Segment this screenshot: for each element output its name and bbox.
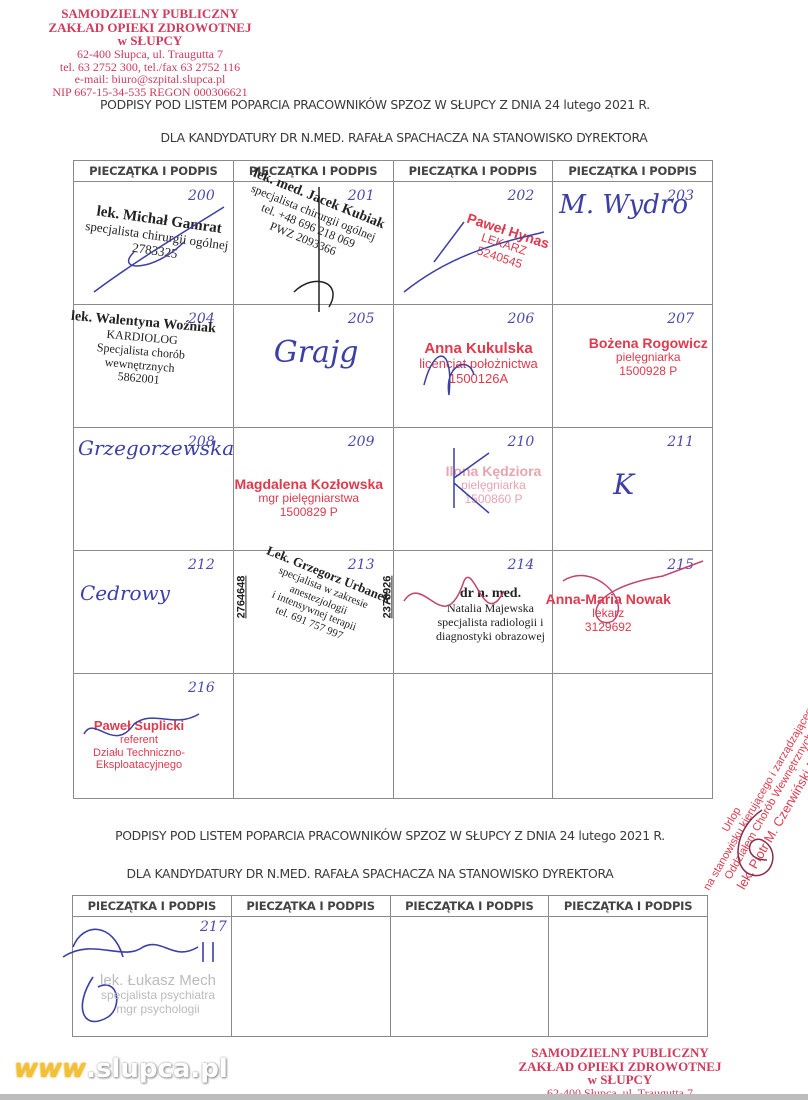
side-registration-number: 2378926	[381, 576, 393, 619]
entry-number: 215	[667, 557, 694, 573]
page1-subtitle: DLA KANDYDATURY DR N.MED. RAFAŁA SPACHAC…	[0, 130, 808, 145]
signature-cell: 204lek. Walentyna WoźniakKARDIOLOGSpecja…	[74, 305, 234, 428]
page1-title: PODPISY POD LISTEM POPARCIA PRACOWNIKÓW …	[100, 97, 770, 112]
signature-cell: 216Paweł SuplickireferentDziału Technicz…	[74, 674, 234, 799]
watermark-logo: www.slupca.pl	[14, 1054, 228, 1084]
person-stamp: Ilona Kędziorapielęgniarka1500860 P	[419, 463, 569, 507]
signature-cell: 203M. Wydro	[553, 182, 713, 305]
stamp-name: Anna Kukulska	[404, 340, 554, 357]
page2-subtitle: DLA KANDYDATURY DR N.MED. RAFAŁA SPACHAC…	[40, 866, 700, 881]
stamp-name: lek. Łukasz Mech	[83, 972, 233, 989]
person-stamp: Paweł SuplickireferentDziału Techniczno-…	[64, 719, 214, 772]
bottom-edge	[0, 1094, 808, 1100]
person-stamp: lek. Walentyna WoźniakKARDIOLOGSpecjalis…	[63, 309, 219, 393]
person-stamp: Anna Kukulskalicencjat położnictwa150012…	[404, 340, 554, 387]
signature-cell: 200lek. Michał Gamratspecjalista chirurg…	[74, 182, 234, 305]
entry-number: 202	[508, 188, 535, 204]
side-registration-number: 2764648	[235, 576, 247, 619]
column-header: PIECZĄTKA I PODPIS	[393, 161, 553, 182]
signature-cell: 211K	[553, 428, 713, 551]
entry-number: 200	[188, 188, 215, 204]
stamp-name: Bożena Rogowicz	[573, 335, 723, 351]
signature-cell	[390, 917, 549, 1037]
stamp-line: 1500829 P	[234, 506, 384, 520]
entry-number: 214	[508, 557, 535, 573]
signature-cell	[393, 674, 553, 799]
page2-title: PODPISY POD LISTEM POPARCIA PRACOWNIKÓW …	[60, 828, 720, 843]
person-stamp: lek. Łukasz Mech specjalista psychiatra …	[83, 972, 233, 1017]
column-header: PIECZĄTKA I PODPIS	[231, 896, 390, 917]
stamp-name: Magdalena Kozłowska	[234, 476, 384, 492]
handwritten-signature: Grzegorzewska	[78, 436, 234, 460]
institution-stamp-bottom: SAMODZIELNY PUBLICZNY ZAKŁAD OPIEKI ZDRO…	[500, 1046, 740, 1100]
signature-cell: 207Bożena Rogowiczpielęgniarka1500928 P	[553, 305, 713, 428]
handwritten-signature: M. Wydro	[559, 190, 688, 220]
entry-number: 212	[188, 557, 215, 573]
signature-cell	[549, 917, 708, 1037]
signature-cell: 214dr n. med.Natalia Majewskaspecjalista…	[393, 551, 553, 674]
person-stamp: lek. Michał Gamratspecjalista chirurgii …	[79, 202, 234, 270]
stamp-name: Anna-Maria Nowak	[533, 591, 683, 607]
stamp-name: Ilona Kędziora	[419, 463, 569, 479]
stamp-line: w SŁUPCY	[500, 1073, 740, 1087]
entry-number: 209	[348, 434, 375, 450]
column-header: PIECZĄTKA I PODPIS	[549, 896, 708, 917]
entry-number: 206	[508, 311, 535, 327]
signature-cell: 205Grajg	[233, 305, 393, 428]
signature-cell: 215Anna-Maria Nowaklekarz3129692	[553, 551, 713, 674]
signature-cell	[553, 674, 713, 799]
signature-cell: 209Magdalena Kozłowskamgr pielęgniarstwa…	[233, 428, 393, 551]
column-header: PIECZĄTKA I PODPIS	[73, 896, 232, 917]
stamp-line: mgr pielęgniarstwa	[234, 492, 384, 506]
signature-table-1: PIECZĄTKA I PODPIS PIECZĄTKA I PODPIS PI…	[73, 160, 713, 799]
person-stamp: Anna-Maria Nowaklekarz3129692	[533, 591, 683, 635]
entry-number: 201	[348, 188, 375, 204]
watermark-www: www	[14, 1054, 86, 1084]
stamp-line: specjalista psychiatra	[83, 989, 233, 1003]
entry-number: 211	[667, 434, 694, 450]
signature-cell: 217 lek. Łukasz Mech specjalista psychia…	[73, 917, 232, 1037]
stamp-line: 1500126A	[404, 372, 554, 387]
stamp-line: 62-400 Słupca, ul. Traugutta 7	[30, 48, 270, 61]
signature-cell: 213Lek. Grzegorz Urbanekspecjalista w za…	[233, 551, 393, 674]
stamp-line: e-mail: biuro@szpital.slupca.pl	[30, 73, 270, 86]
stamp-line: licencjat położnictwa	[404, 357, 554, 372]
signature-cell: 212Cedrowy	[74, 551, 234, 674]
stamp-name: Paweł Suplicki	[64, 719, 214, 734]
entry-number: 205	[348, 311, 375, 327]
stamp-line: SAMODZIELNY PUBLICZNY	[30, 7, 270, 21]
entry-number: 213	[348, 557, 375, 573]
column-header: PIECZĄTKA I PODPIS	[553, 161, 713, 182]
entry-number: 216	[188, 680, 215, 696]
person-stamp: Bożena Rogowiczpielęgniarka1500928 P	[573, 335, 723, 379]
stamp-line: 1500928 P	[573, 365, 723, 379]
person-stamp: Magdalena Kozłowskamgr pielęgniarstwa150…	[234, 476, 384, 520]
signature-cell: 208Grzegorzewska	[74, 428, 234, 551]
stamp-line: Działu Techniczno-Eksploatacyjnego	[64, 747, 214, 772]
signature-cell: 206Anna Kukulskalicencjat położnictwa150…	[393, 305, 553, 428]
stamp-line: ZAKŁAD OPIEKI ZDROWOTNEJ	[500, 1060, 740, 1074]
stamp-line: ZAKŁAD OPIEKI ZDROWOTNEJ	[30, 21, 270, 35]
entry-number: 207	[667, 311, 694, 327]
stamp-line: referent	[64, 734, 214, 747]
signature-cell	[231, 917, 390, 1037]
handwritten-signature: Grajg	[274, 335, 359, 370]
column-header: PIECZĄTKA I PODPIS	[74, 161, 234, 182]
stamp-line: 3129692	[533, 621, 683, 635]
stamp-line: lekarz	[533, 607, 683, 621]
handwritten-signature: Cedrowy	[80, 581, 170, 605]
stamp-line: pielęgniarka	[419, 479, 569, 493]
person-stamp: Lek. Grzegorz Urbanekspecjalista w zakre…	[237, 540, 401, 657]
entry-number: 217	[200, 919, 227, 935]
signature-cell	[233, 674, 393, 799]
stamp-line: w SŁUPCY	[30, 34, 270, 48]
signature-table-2: PIECZĄTKA I PODPIS PIECZĄTKA I PODPIS PI…	[72, 895, 708, 1037]
watermark-domain: .slupca.pl	[86, 1054, 228, 1084]
stamp-line: mgr psychologii	[83, 1003, 233, 1017]
institution-stamp-top: SAMODZIELNY PUBLICZNY ZAKŁAD OPIEKI ZDRO…	[30, 7, 270, 98]
stamp-line: pielęgniarka	[573, 351, 723, 365]
signature-cell: 201lek. med. Jacek Kubiakspecjalista chi…	[233, 182, 393, 305]
stamp-line: SAMODZIELNY PUBLICZNY	[500, 1046, 740, 1060]
stamp-line: 1500860 P	[419, 493, 569, 507]
handwritten-signature: K	[613, 468, 634, 501]
entry-number: 210	[508, 434, 535, 450]
signature-cell: 202Paweł HynasLEKARZ5240545	[393, 182, 553, 305]
signature-cell: 210Ilona Kędziorapielęgniarka1500860 P	[393, 428, 553, 551]
column-header: PIECZĄTKA I PODPIS	[390, 896, 549, 917]
